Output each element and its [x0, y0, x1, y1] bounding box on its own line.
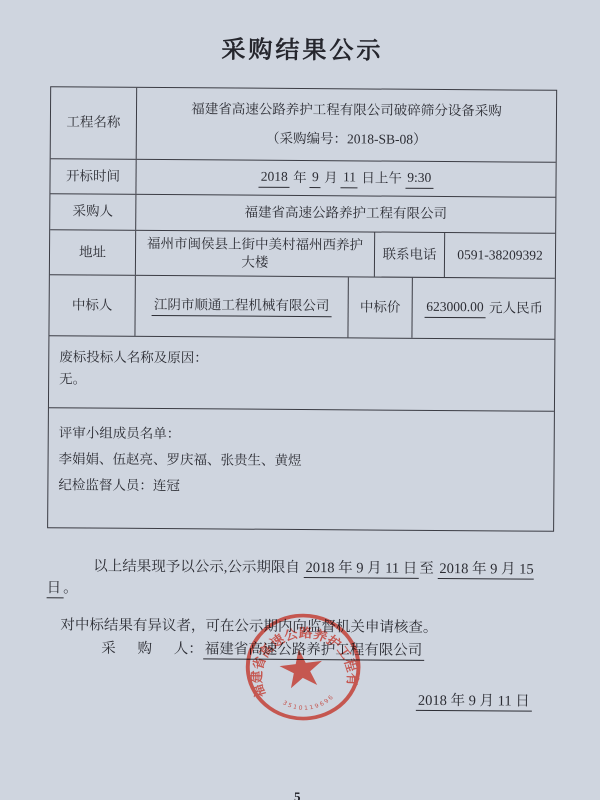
page-number: 5 — [0, 787, 597, 800]
panel-supervisor: 纪检监督人员：连冠 — [58, 477, 543, 499]
panel-members: 李娟娟、伍赵亮、罗庆福、张贵生、黄煜 — [59, 451, 544, 473]
notice-mid: 至 — [419, 561, 437, 577]
rejected-title: 废标投标人名称及原因： — [59, 348, 544, 370]
table-row-project: 工程名称 福建省高速公路养护工程有限公司破碎筛分设备采购 （采购编号：2018-… — [51, 87, 556, 162]
open-time-label: 开标时间 — [50, 159, 135, 194]
publicity-notice: 以上结果现予以公示,公示期限自 2018 年 9 月 11 日至 2018 年 … — [46, 556, 559, 640]
svg-text:3510119696: 3510119696 — [281, 693, 338, 714]
table-row-winner: 中标人 江阴市顺通工程机械有限公司 中标价 623000.00 元人民币 — [49, 274, 554, 339]
table-row-panel: 评审小组成员名单： 李娟娟、伍赵亮、罗庆福、张贵生、黄煜 纪检监督人员：连冠 — [48, 407, 554, 531]
table-row-open-time: 开标时间 2018 年 9 月 11 日上午 9:30 — [50, 158, 555, 197]
open-time-month-unit: 月 — [321, 169, 341, 187]
project-value-cell: 福建省高速公路养护工程有限公司破碎筛分设备采购 （采购编号：2018-SB-08… — [136, 88, 556, 162]
winner-label: 中标人 — [49, 275, 134, 336]
document-page: 采购结果公示 工程名称 福建省高速公路养护工程有限公司破碎筛分设备采购 （采购编… — [0, 0, 600, 800]
address-label: 地址 — [50, 230, 135, 275]
table-row-purchaser: 采购人 福建省高速公路养护工程有限公司 — [50, 193, 555, 233]
open-time-year-unit: 年 — [290, 169, 310, 187]
panel-cell: 评审小组成员名单： 李娟娟、伍赵亮、罗庆福、张贵生、黄煜 纪检监督人员：连冠 — [48, 408, 554, 531]
address-value: 福州市闽侯县上街中美村福州西养护大楼 — [135, 231, 374, 277]
signature-label: 采 购 人： — [101, 641, 203, 658]
open-time-value: 2018 年 9 月 11 日上午 9:30 — [135, 160, 555, 197]
price-amount: 623000.00 — [424, 298, 486, 319]
notice-suffix: 。 — [63, 580, 78, 596]
signature-company: 福建省高速公路养护工程有限公司 — [203, 641, 425, 661]
notice-date-start: 2018 年 9 月 11 日 — [303, 560, 419, 579]
purchaser-label: 采购人 — [50, 194, 135, 230]
project-number: （采购编号：2018-SB-08） — [266, 129, 427, 148]
page-title: 采购结果公示 — [2, 28, 600, 67]
table-row-rejected: 废标投标人名称及原因： 无。 — [49, 335, 554, 411]
phone-label: 联系电话 — [374, 233, 444, 277]
open-time-clock: 9:30 — [405, 169, 433, 189]
rejected-cell: 废标投标人名称及原因： 无。 — [49, 336, 554, 411]
winner-company: 江阴市顺通工程机械有限公司 — [152, 296, 332, 317]
winner-value: 江阴市顺通工程机械有限公司 — [134, 276, 347, 337]
phone-value: 0591-38209392 — [444, 233, 555, 278]
open-time-day-unit: 日上午 — [358, 169, 405, 188]
signature-date-text: 2018 年 9 月 11 日 — [416, 693, 532, 712]
seal-serial-text: 3510119696 — [281, 693, 338, 714]
signature-date: 2018 年 9 月 11 日 — [416, 689, 532, 711]
price-value: 623000.00 元人民币 — [411, 278, 554, 339]
project-name: 福建省高速公路养护工程有限公司破碎筛分设备采购 — [191, 100, 502, 120]
table-row-address: 地址 福州市闽侯县上街中美村福州西养护大楼 联系电话 0591-38209392 — [50, 229, 555, 278]
open-time-month: 9 — [310, 168, 321, 188]
open-time-year: 2018 — [259, 168, 290, 188]
rejected-value: 无。 — [59, 371, 544, 393]
results-table: 工程名称 福建省高速公路养护工程有限公司破碎筛分设备采购 （采购编号：2018-… — [47, 86, 557, 532]
document-photo: 采购结果公示 工程名称 福建省高速公路养护工程有限公司破碎筛分设备采购 （采购编… — [0, 0, 600, 800]
purchaser-value: 福建省高速公路养护工程有限公司 — [135, 195, 555, 233]
project-label: 工程名称 — [51, 87, 136, 159]
open-time-day: 11 — [341, 168, 358, 188]
price-unit: 元人民币 — [486, 299, 544, 318]
price-label: 中标价 — [347, 277, 411, 337]
panel-title: 评审小组成员名单： — [59, 424, 544, 446]
signature-line: 采 购 人：福建省高速公路养护工程有限公司 — [101, 637, 424, 660]
notice-line: 以上结果现予以公示,公示期限自 2018 年 9 月 11 日至 2018 年 … — [47, 556, 559, 603]
notice-prefix: 以上结果现予以公示,公示期限自 — [93, 559, 303, 576]
